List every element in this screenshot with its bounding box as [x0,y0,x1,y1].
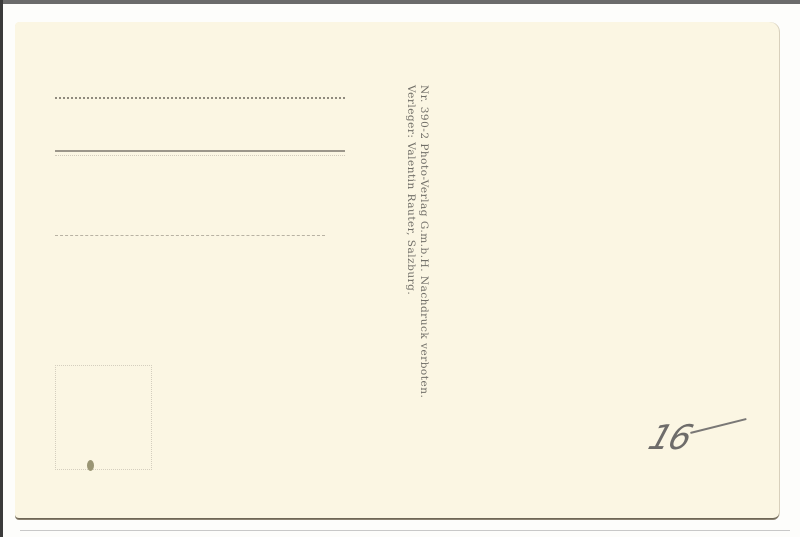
publisher-line-2: Verleger: Valentin Rauter, Salzburg. [404,85,417,405]
scan-bottom-edge [20,530,790,531]
publisher-line-1: Nr. 390-2 Photo-Verlag G.m.b.H. Nachdruc… [417,85,430,405]
scan-left-edge [0,0,3,537]
address-line-1 [55,97,345,99]
address-line-3 [55,235,325,236]
address-line-2 [55,150,345,152]
stain-mark [87,460,94,471]
address-line-2-shadow [55,155,345,156]
publisher-imprint: Nr. 390-2 Photo-Verlag G.m.b.H. Nachdruc… [404,85,430,405]
scan-top-edge [0,0,800,4]
stamp-box [55,365,152,470]
